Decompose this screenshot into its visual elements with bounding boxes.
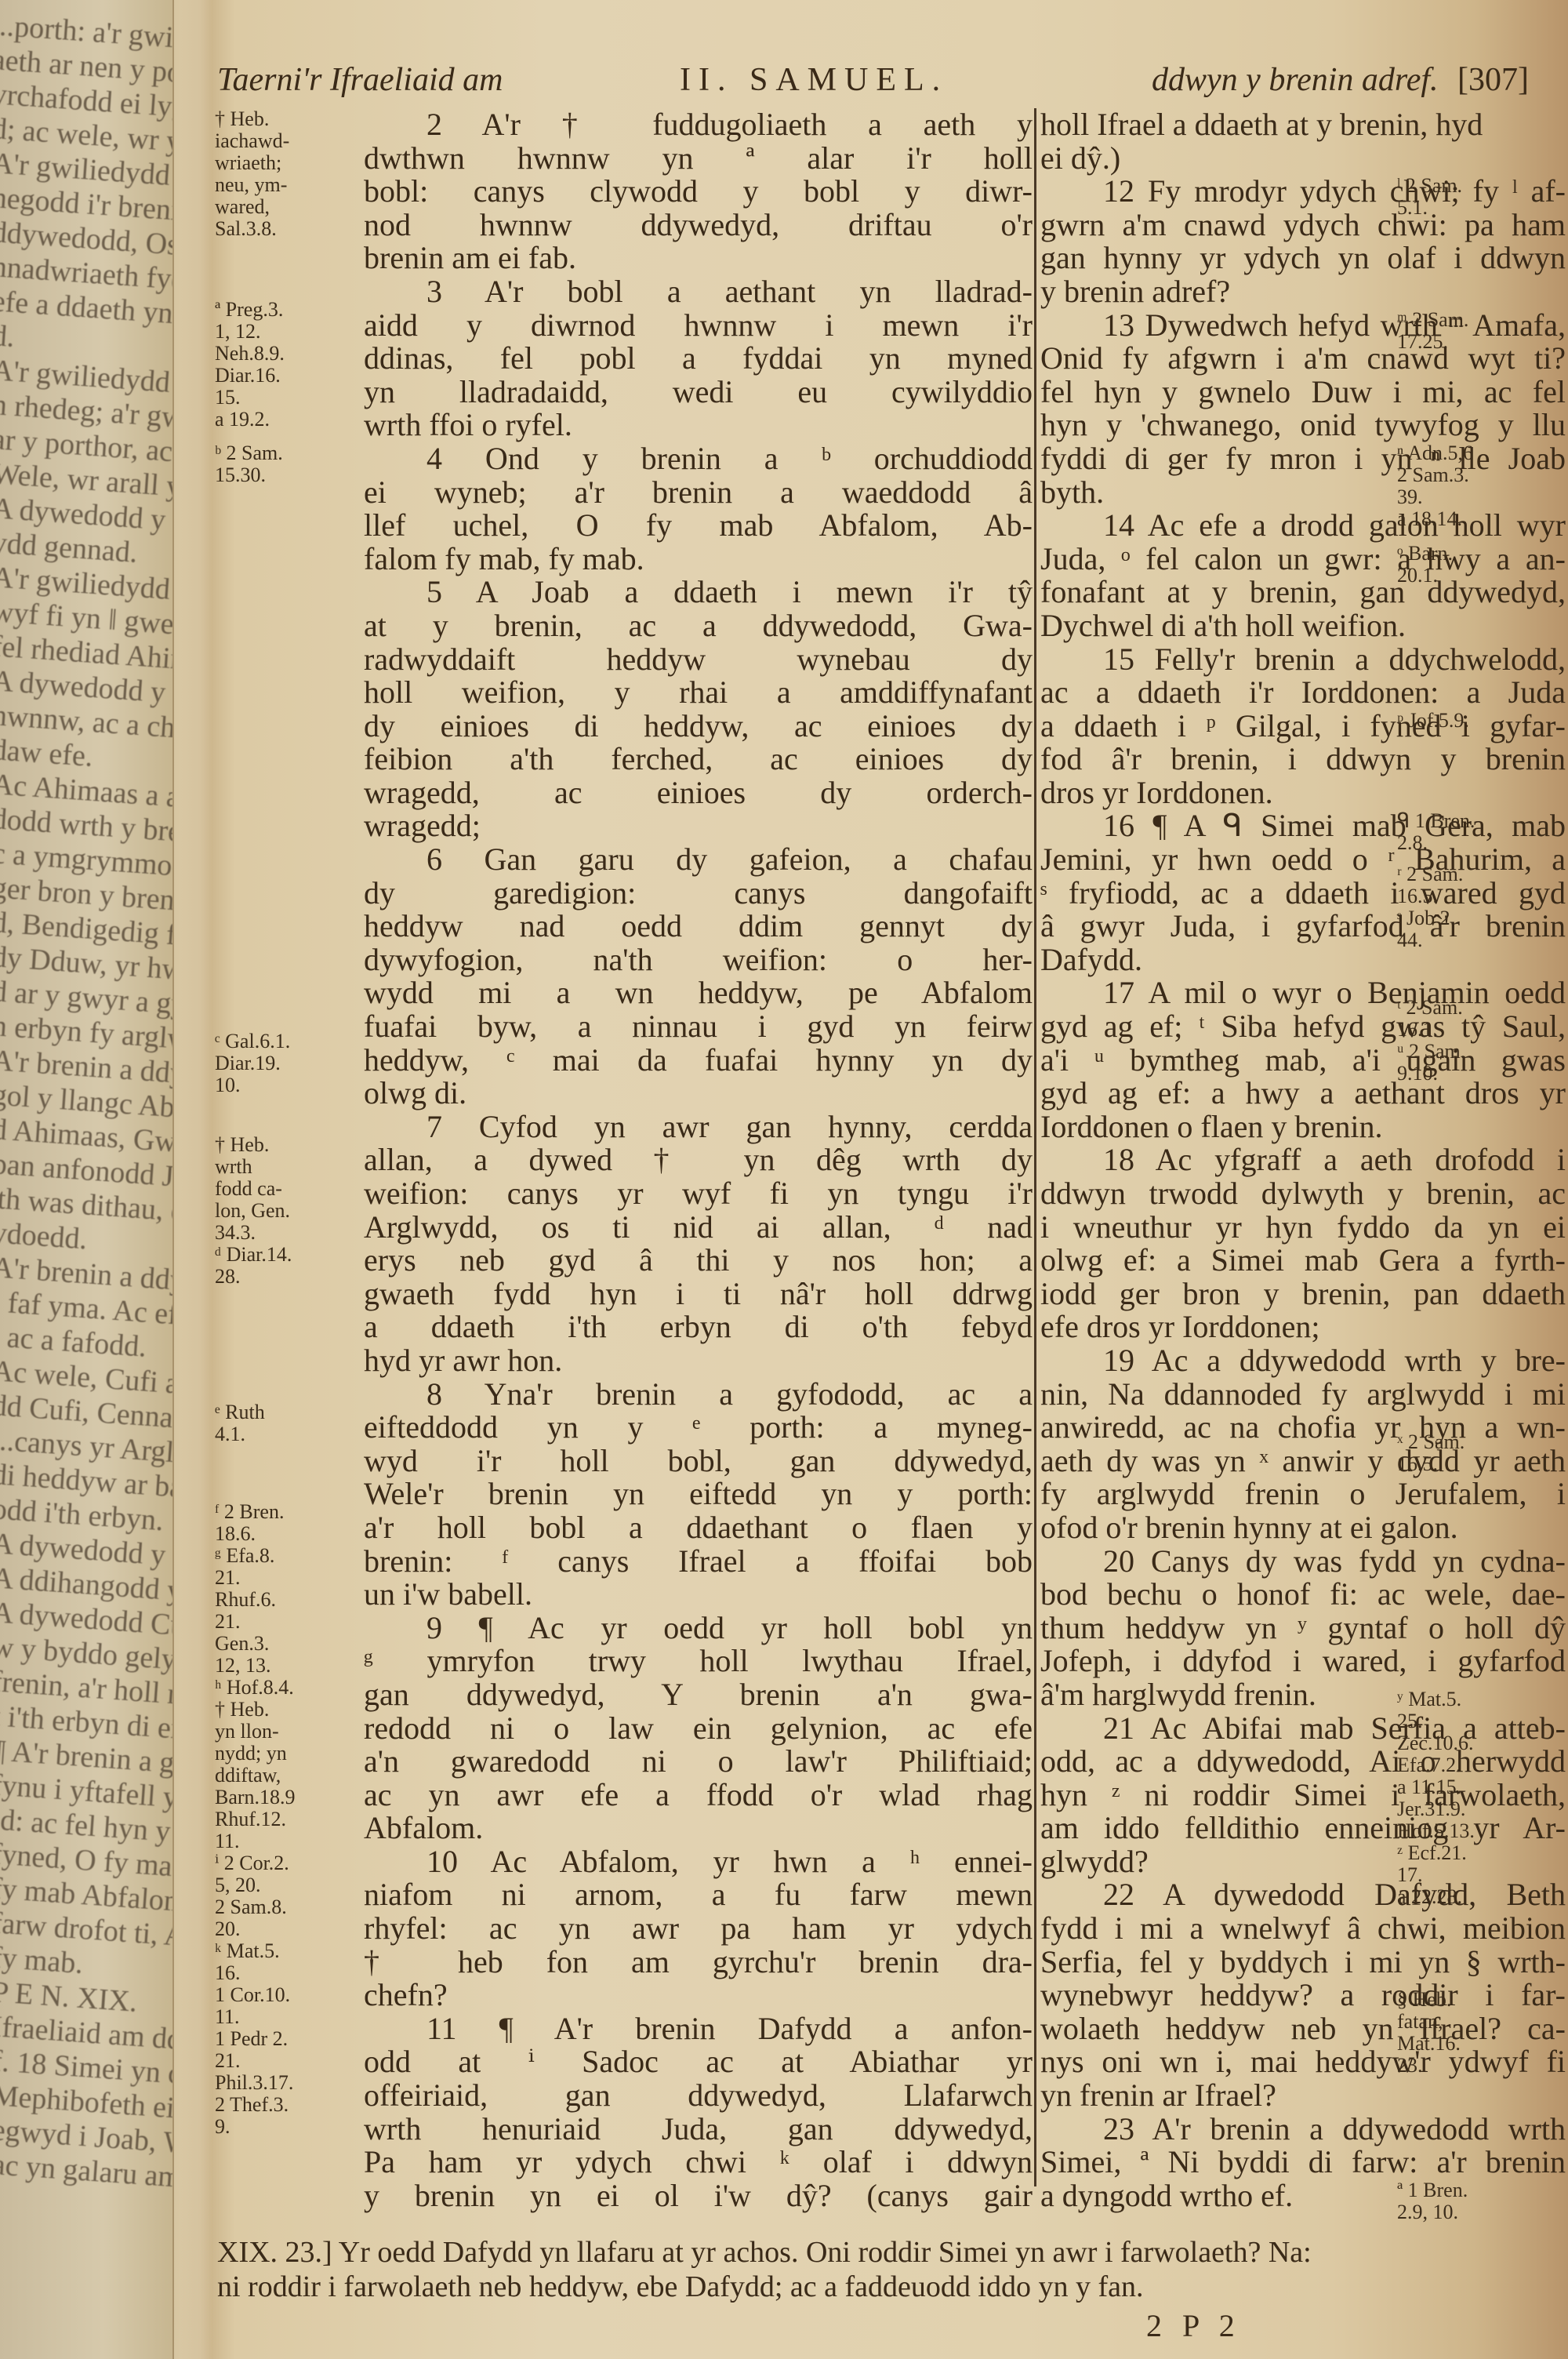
margin-note-line: 34.3. xyxy=(215,1222,292,1244)
text-line: gyd ag ef; ᵗ Siba hefyd gwas tŷ Saul, xyxy=(1040,1010,1566,1044)
text-line: falom fy mab, fy mab. xyxy=(364,543,1033,576)
text-line: wragedd, ac einioes dy orderch- xyxy=(364,776,1033,810)
margin-note-line: wrth xyxy=(215,1156,292,1178)
text-line: ei dŷ.) xyxy=(1040,142,1566,176)
text-line: odd at ⁱ Sadoc ac at Abiathar yr xyxy=(364,2045,1033,2079)
text-line: a ddaeth i'th erbyn di o'th febyd xyxy=(364,1310,1033,1344)
margin-note-line: Zec.10.6. xyxy=(1397,1732,1475,1754)
text-line: 4 Ond y brenin a ᵇ orchuddiodd xyxy=(364,442,1033,476)
text-line: am iddo felldithio enneiniog yr Ar- xyxy=(1040,1812,1566,1845)
text-line: wynebwyr heddyw? a roddir i far- xyxy=(1040,1979,1566,2012)
margin-note-line: 21. xyxy=(215,1567,296,1589)
text-line: Jofeph, i ddyfod i wared, i gyfarfod xyxy=(1040,1645,1566,1678)
margin-note-line: 21. xyxy=(215,2050,296,2072)
text-line: 17 A mil o wyr o Benjamin oedd xyxy=(1040,976,1566,1010)
text-line: 18 Ac yfgraff a aeth drofodd i xyxy=(1040,1143,1566,1177)
margin-note-line: ⁿ Adn.5,6 xyxy=(1397,442,1473,464)
text-line: gan hynny yr ydych yn olaf i ddwyn xyxy=(1040,242,1566,275)
text-line: y brenin adref? xyxy=(1040,275,1566,309)
margin-note-line: 2 Sam.3. xyxy=(1397,464,1473,486)
marginal-cross-reference: † Heb.wrthfodd ca-lon, Gen.34.3.ᵈ Diar.1… xyxy=(215,1134,292,1288)
text-line: fydd i mi a wnelwyf â chwi, meibion xyxy=(1040,1912,1566,1946)
margin-note-line: neu, ym- xyxy=(215,174,289,196)
text-line: 7 Cyfod yn awr gan hynny, cerdda xyxy=(364,1110,1033,1144)
text-line: y brenin yn ei ol i'w dŷ? (canys gair xyxy=(364,2179,1033,2213)
left-text-column: 2 A'r † fuddugoliaeth a aeth ydwthwn hwn… xyxy=(364,108,1033,2212)
margin-note-line: 16. xyxy=(215,1962,296,1984)
margin-note-line: 21. xyxy=(215,1611,296,1633)
margin-note-line: fodd ca- xyxy=(215,1178,292,1200)
margin-note-line: 1, 12. xyxy=(215,321,285,343)
margin-note-line: ʸ Mat.5. xyxy=(1397,1688,1475,1710)
text-line: Arglwydd, os ti nid ai allan, ᵈ nad xyxy=(364,1211,1033,1245)
text-line: wrth ffoi o ryfel. xyxy=(364,409,1033,442)
margin-note-line: 1 Pedr 2. xyxy=(215,2028,296,2050)
text-line: † heb fon am gyrchu'r brenin dra- xyxy=(364,1946,1033,1979)
text-line: brenin am ei fab. xyxy=(364,242,1033,275)
margin-note-line: wared, xyxy=(215,196,289,218)
facing-page-text: ...porth: a'r gwiliedyddaeth ar nen y po… xyxy=(0,8,174,2182)
text-line: Wele'r brenin yn eiftedd yn y porth: xyxy=(364,1478,1033,1511)
marginal-cross-reference: ᵖ Jof.5.9. xyxy=(1397,710,1469,732)
margin-note-line: 17. xyxy=(1397,1864,1475,1886)
margin-note-line: ˣ 2 Sam. xyxy=(1397,1431,1465,1453)
marginal-cross-reference: ᶠ 2 Bren.18.6.ᵍ Efa.8.21.Rhuf.6.21.Gen.3… xyxy=(215,1501,296,2138)
margin-note-line: 2.8. xyxy=(1397,832,1475,854)
text-line: wydd mi a wn heddyw, pe Abfalom xyxy=(364,976,1033,1010)
text-line: glwydd? xyxy=(1040,1845,1566,1879)
text-line: 13 Dywedwch hefyd wrth ᵐ Amafa, xyxy=(1040,309,1566,343)
bottom-note-line-2: ni roddir i farwolaeth neb heddyw, ebe D… xyxy=(217,2270,1550,2304)
text-line: a dyngodd wrtho ef. xyxy=(1040,2179,1566,2213)
text-line: wyd i'r holl bobl, gan ddywedyd, xyxy=(364,1445,1033,1478)
margin-note-line: Rhuf.12. xyxy=(215,1808,296,1830)
text-line: aeth dy was yn ˣ anwir y dydd yr aeth xyxy=(1040,1445,1566,1478)
running-header-right-text: ddwyn y brenin adref. xyxy=(1152,62,1439,98)
margin-note-line: 12, 13. xyxy=(215,1655,296,1677)
text-line: iodd ger bron y brenin, pan ddaeth xyxy=(1040,1278,1566,1311)
text-line: yn frenin ar Ifrael? xyxy=(1040,2079,1566,2113)
margin-note-line: ᵒ Barn. xyxy=(1397,543,1453,565)
text-line: 22 A dywedodd Dafydd, Beth xyxy=(1040,1878,1566,1912)
text-line: Serfia, fel y byddych i mi yn § wrth- xyxy=(1040,1946,1566,1979)
margin-note-line: ᵘ 2 Sam. xyxy=(1397,1041,1465,1063)
margin-note-line: Mat.16. xyxy=(1397,2033,1461,2055)
text-line: a'i ᵘ bymtheg mab, a'i ugain gwas xyxy=(1040,1044,1566,1078)
text-line: ei wyneb; a'r brenin a waeddodd â xyxy=(364,476,1033,510)
text-line: Dychwel di a'th holl weifion. xyxy=(1040,609,1566,643)
margin-note-line: 5, 20. xyxy=(215,1874,296,1896)
text-line: gwrn a'm cnawd ydych chwi: pa ham xyxy=(1040,209,1566,242)
text-line: gwaeth fydd hyn i ti nâ'r holl ddrwg xyxy=(364,1278,1033,1311)
text-line: yn lladradaidd, wedi eu cywilyddio xyxy=(364,376,1033,409)
margin-note-line: Hof.5.13. xyxy=(1397,1820,1475,1842)
margin-note-line: a 19.2. xyxy=(215,409,285,431)
marginal-cross-reference: ⁿ Adn.5,62 Sam.3.39.a 18.14. xyxy=(1397,442,1473,530)
text-line: bod bechu o honof fi: ac wele, dae- xyxy=(1040,1578,1566,1612)
text-line: dy einioes di heddyw, ac einioes dy xyxy=(364,710,1033,743)
margin-note-line: ˡ 2 Sam. xyxy=(1397,175,1462,197)
right-text-column: holl Ifrael a ddaeth at y brenin, hydei … xyxy=(1040,108,1566,2212)
margin-note-line: a 22.28. xyxy=(1397,1886,1475,1908)
margin-note-line: nydd; yn xyxy=(215,1743,296,1765)
text-line: 20 Canys dy was fydd yn cydna- xyxy=(1040,1545,1566,1579)
text-line: Simei, ª Ni byddi di farw: a'r brenin xyxy=(1040,2146,1566,2179)
margin-note-line: ª 1 Bren. xyxy=(1397,2179,1468,2201)
text-line: 14 Ac efe a drodd galon holl wyr xyxy=(1040,509,1566,543)
bottom-commentary-note: XIX. 23.] Yr oedd Dafydd yn llafaru at y… xyxy=(217,2235,1550,2304)
margin-note-line: 11. xyxy=(215,2006,296,2028)
margin-note-line: ª Preg.3. xyxy=(215,299,285,321)
marginal-cross-reference: ᑫ 1 Bren.2.8. xyxy=(1397,810,1475,854)
running-header-left: Taerni'r Ifraeliaid am xyxy=(217,61,503,99)
margin-note-line: ᵈ Diar.14. xyxy=(215,1244,292,1266)
margin-note-line: 39. xyxy=(1397,486,1473,508)
margin-note-line: a 18.14. xyxy=(1397,508,1473,530)
margin-note-line: Rhuf.6. xyxy=(215,1589,296,1611)
text-line: bobl: canys clywodd y bobl y diwr- xyxy=(364,175,1033,209)
margin-note-line: 17.25. xyxy=(1397,331,1468,353)
text-line: ofod o'r brenin hynny at ei galon. xyxy=(1040,1511,1566,1545)
text-line: ddwyn trwodd dylwyth y brenin, ac xyxy=(1040,1177,1566,1211)
margin-note-line: ᶠ 2 Bren. xyxy=(215,1501,296,1523)
running-header: Taerni'r Ifraeliaid am II. SAMUEL. ddwyn… xyxy=(217,61,1529,108)
margin-note-line: wriaeth; xyxy=(215,152,289,174)
margin-note-line: 25. xyxy=(1397,1710,1475,1732)
margin-note-line: ⁱ 2 Cor.2. xyxy=(215,1852,296,1874)
facing-page-bleed: ...porth: a'r gwiliedyddaeth ar nen y po… xyxy=(0,0,174,2359)
marginal-cross-reference: ᶜ Gal.6.1.Diar.19.10. xyxy=(215,1030,290,1096)
margin-note-line: iachawd- xyxy=(215,130,289,152)
margin-note-line: ˢ Job 2. xyxy=(1397,907,1463,929)
text-line: 16 ¶ A ᑫ Simei mab Gera, mab xyxy=(1040,809,1566,843)
text-line: fuafai byw, a ninnau i gyd yn feirw xyxy=(364,1010,1033,1044)
text-line: Abfalom. xyxy=(364,1812,1033,1845)
text-line: gyd ag ef: a hwy a aethant dros yr xyxy=(1040,1077,1566,1110)
text-line: olwg ef: a Simei mab Gera a fyrth- xyxy=(1040,1244,1566,1278)
margin-note-line: 10. xyxy=(215,1074,290,1096)
margin-note-line: 44. xyxy=(1397,929,1463,951)
text-line: nod hwnnw ddywedyd, driftau o'r xyxy=(364,209,1033,242)
text-line: thum heddyw yn ʸ gyntaf o holl dŷ xyxy=(1040,1612,1566,1645)
text-line: ac yn awr efe a ffodd o'r wlad rhag xyxy=(364,1779,1033,1812)
text-line: wolaeth heddyw neb yn Ifrael? ca- xyxy=(1040,2012,1566,2046)
text-line: 23 A'r brenin a ddywedodd wrth xyxy=(1040,2113,1566,2146)
margin-note-line: ᶜ Gal.6.1. xyxy=(215,1030,290,1052)
margin-note-line: 2.9, 10. xyxy=(1397,2201,1468,2223)
margin-note-line: 20.1. xyxy=(1397,565,1453,587)
margin-note-line: Barn.18.9 xyxy=(215,1787,296,1808)
text-line: gan ddywedyd, Y brenin a'n gwa- xyxy=(364,1678,1033,1712)
margin-note-line: Phil.3.17. xyxy=(215,2072,296,2094)
text-line: hyn y 'chwanego, onid tywyfog y llu xyxy=(1040,409,1566,442)
text-line: 5 A Joab a ddaeth i mewn i'r tŷ xyxy=(364,576,1033,609)
text-line: a ddaeth i ᵖ Gilgal, i fyned i gyfar- xyxy=(1040,710,1566,743)
text-line: 10 Ac Abfalom, yr hwn a ʰ ennei- xyxy=(364,1845,1033,1879)
margin-note-line: † Heb. xyxy=(215,1699,296,1721)
text-line: fy arglwydd frenin o Jerufalem, i xyxy=(1040,1478,1566,1511)
margin-note-line: ᵏ Mat.5. xyxy=(215,1940,296,1962)
marginal-cross-reference: ʸ Mat.5.25.Zec.10.6.Efa.7.2.a 11.15.Jer.… xyxy=(1397,1688,1475,1908)
text-line: erys neb gyd â thi y nos hon; a xyxy=(364,1244,1033,1278)
margin-note-line: ddiftaw, xyxy=(215,1765,296,1787)
margin-note-line: 9. xyxy=(215,2116,296,2138)
margin-note-line: 9.10. xyxy=(1397,1063,1465,1085)
text-line: rhyfel: ac yn awr pa ham yr ydych xyxy=(364,1912,1033,1946)
text-line: fod â'r brenin, i ddwyn y brenin xyxy=(1040,743,1566,776)
marginal-cross-reference: ʳ 2 Sam.16.5.ˢ Job 2.44. xyxy=(1397,863,1463,951)
text-line: niafom ni arnom, a fu farw mewn xyxy=(364,1878,1033,1912)
margin-note-line: 18.6. xyxy=(215,1523,296,1545)
text-line: radwyddaift heddyw wynebau dy xyxy=(364,643,1033,677)
text-line: eifteddodd yn y ᵉ porth: a myneg- xyxy=(364,1411,1033,1445)
text-line: 2 A'r † fuddugoliaeth a aeth y xyxy=(364,108,1033,142)
text-line: offeiriaid, gan ddywedyd, Llafarwch xyxy=(364,2079,1033,2113)
text-line: dwthwn hwnnw yn ª alar i'r holl xyxy=(364,142,1033,176)
text-line: 12 Fy mrodyr ydych chwi; fy ˡ af- xyxy=(1040,175,1566,209)
text-line: fyddi di ger fy mron i yn ⁿ lle Joab xyxy=(1040,442,1566,476)
margin-note-line: † Heb. xyxy=(215,1134,292,1156)
marginal-cross-reference: ˣ 2 Sam.16.5. xyxy=(1397,1431,1465,1475)
text-line: â'm harglwydd frenin. xyxy=(1040,1678,1566,1712)
running-header-book-title: II. SAMUEL. xyxy=(680,61,948,99)
marginal-cross-reference: ª Preg.3.1, 12.Neh.8.9.Diar.16.15.a 19.2… xyxy=(215,299,285,431)
text-line: 6 Gan garu dy gafeion, a chafau xyxy=(364,843,1033,877)
text-line: wrth henuriaid Juda, gan ddywedyd, xyxy=(364,2113,1033,2146)
margin-note-line: 15. xyxy=(215,387,285,409)
margin-note-line: ᵇ 2 Sam. xyxy=(215,442,283,464)
margin-note-line: Efa.7.2. xyxy=(1397,1754,1475,1776)
text-line: â gwyr Juda, i gyfarfod â'r brenin xyxy=(1040,910,1566,943)
margin-note-line: § Heb. xyxy=(1397,1989,1461,2011)
text-line: redodd ni o law ein gelynion, ac efe xyxy=(364,1712,1033,1746)
text-line: hyd yr awr hon. xyxy=(364,1344,1033,1378)
text-line: 21 Ac Abifai mab Serfia a atteb- xyxy=(1040,1712,1566,1746)
margin-note-line: lon, Gen. xyxy=(215,1200,292,1222)
margin-note-line: ᵐ 2 Sam. xyxy=(1397,309,1468,331)
text-line: a'r holl bobl a ddaethant o flaen y xyxy=(364,1511,1033,1545)
text-line: nys oni wn i, mai heddyw'r ydwyf fi xyxy=(1040,2045,1566,2079)
margin-note-line: 16.5. xyxy=(1397,885,1463,907)
margin-note-line: † Heb. xyxy=(215,108,289,130)
marginal-cross-reference: ᵇ 2 Sam.15.30. xyxy=(215,442,283,486)
margin-note-line: Jer.31.9. xyxy=(1397,1798,1475,1820)
margin-note-line: 15.30. xyxy=(215,464,283,486)
text-line: i wneuthur yr hyn fyddo da yn ei xyxy=(1040,1211,1566,1245)
margin-note-line: 16.5. xyxy=(1397,1453,1465,1475)
margin-note-line: 2 Thef.3. xyxy=(215,2094,296,2116)
margin-note-line: Neh.8.9. xyxy=(215,343,285,365)
text-line: allan, a dywed † yn dêg wrth dy xyxy=(364,1143,1033,1177)
text-line: nin, Na ddannoded fy arglwydd i mi xyxy=(1040,1378,1566,1412)
marginal-cross-reference: § Heb.fatan,Mat.16.23. xyxy=(1397,1989,1461,2077)
margin-note-line: ᵗ 2 Sam. xyxy=(1397,997,1465,1019)
margin-note-line: ᵍ Efa.8. xyxy=(215,1545,296,1567)
margin-note-line: 28. xyxy=(215,1266,292,1288)
page-number: [307] xyxy=(1457,62,1529,98)
text-line: wragedd; xyxy=(364,809,1033,843)
text-line: 15 Felly'r brenin a ddychwelodd, xyxy=(1040,643,1566,677)
text-line: fonafant at y brenin, gan ddywedyd, xyxy=(1040,576,1566,609)
margin-note-line: ᑫ 1 Bren. xyxy=(1397,810,1475,832)
margin-note-line: Diar.19. xyxy=(215,1052,290,1074)
text-line: dros yr Iorddonen. xyxy=(1040,776,1566,810)
margin-note-line: ᵖ Jof.5.9. xyxy=(1397,710,1469,732)
text-line: 3 A'r bobl a aethant yn lladrad- xyxy=(364,275,1033,309)
marginal-cross-reference: † Heb.iachawd-wriaeth;neu, ym-wared,Sal.… xyxy=(215,108,289,240)
text-line: weifion: canys yr wyf fi yn tyngu i'r xyxy=(364,1177,1033,1211)
marginal-cross-reference: ˡ 2 Sam.5.1. xyxy=(1397,175,1462,219)
text-line: Juda, ᵒ fel calon un gwr: a hwy a an- xyxy=(1040,543,1566,576)
text-line: dywyfogion, na'th weifion: o her- xyxy=(364,943,1033,977)
text-line: llef uchel, O fy mab Abfalom, Ab- xyxy=(364,509,1033,543)
marginal-cross-reference: ᵗ 2 Sam.16.1.ᵘ 2 Sam.9.10. xyxy=(1397,997,1465,1085)
text-line: dy garedigion: canys dangofaift xyxy=(364,877,1033,911)
text-line: Pa ham yr ydych chwi ᵏ olaf i ddwyn xyxy=(364,2146,1033,2179)
margin-note-line: fatan, xyxy=(1397,2011,1461,2033)
text-line: ˢ fryfiodd, ac a ddaeth i wared gyd xyxy=(1040,877,1566,911)
text-line: Dafydd. xyxy=(1040,943,1566,977)
column-divider-rule xyxy=(1034,108,1036,2186)
text-line: byth. xyxy=(1040,476,1566,510)
text-line: hyn ᶻ ni roddir Simei i farwolaeth, xyxy=(1040,1779,1566,1812)
margin-note-line: 20. xyxy=(215,1918,296,1940)
text-line: 9 ¶ Ac yr oedd yr holl bobl yn xyxy=(364,1612,1033,1645)
text-line: chefn? xyxy=(364,1979,1033,2012)
text-line: at y brenin, ac a ddywedodd, Gwa- xyxy=(364,609,1033,643)
margin-note-line: ᶻ Ecf.21. xyxy=(1397,1842,1475,1864)
margin-note-line: Gen.3. xyxy=(215,1633,296,1655)
text-line: heddyw, ᶜ mai da fuafai hynny yn dy xyxy=(364,1044,1033,1078)
text-line: brenin: ᶠ canys Ifrael a ffoifai bob xyxy=(364,1545,1033,1579)
margin-note-line: 23. xyxy=(1397,2055,1461,2077)
marginal-cross-reference: ᵒ Barn.20.1. xyxy=(1397,543,1453,587)
text-line: olwg di. xyxy=(364,1077,1033,1110)
margin-note-line: Diar.16. xyxy=(215,365,285,387)
text-line: Onid fy afgwrn i a'm cnawd wyt ti? xyxy=(1040,342,1566,376)
margin-note-line: ᵉ Ruth xyxy=(215,1401,265,1423)
margin-note-line: Sal.3.8. xyxy=(215,218,289,240)
marginal-cross-reference: ᵉ Ruth4.1. xyxy=(215,1401,265,1445)
text-line: 19 Ac a ddywedodd wrth y bre- xyxy=(1040,1344,1566,1378)
text-line: efe dros yr Iorddonen; xyxy=(1040,1310,1566,1344)
text-line: 8 Yna'r brenin a gyfododd, ac a xyxy=(364,1378,1033,1412)
text-line: holl weifion, y rhai a amddiffynafant xyxy=(364,676,1033,710)
margin-note-line: ʳ 2 Sam. xyxy=(1397,863,1463,885)
margin-note-line: ʰ Hof.8.4. xyxy=(215,1677,296,1699)
text-line: ddinas, fel pobl a fyddai yn myned xyxy=(364,342,1033,376)
text-line: a'n gwaredodd ni o law'r Philiftiaid; xyxy=(364,1745,1033,1779)
text-line: heddyw nad oedd ddim gennyt dy xyxy=(364,910,1033,943)
signature-mark: 2 P 2 xyxy=(1146,2307,1241,2344)
margin-note-line: 5.1. xyxy=(1397,197,1462,219)
margin-note-line: 11. xyxy=(215,1830,296,1852)
text-line: un i'w babell. xyxy=(364,1578,1033,1612)
text-line: 11 ¶ A'r brenin Dafydd a anfon- xyxy=(364,2012,1033,2046)
margin-note-line: 16.1. xyxy=(1397,1019,1465,1041)
margin-note-line: yn llon- xyxy=(215,1721,296,1743)
text-line: ac a ddaeth i'r Iorddonen: a Juda xyxy=(1040,676,1566,710)
text-line: Iorddonen o flaen y brenin. xyxy=(1040,1110,1566,1144)
running-header-right: ddwyn y brenin adref. [307] xyxy=(1152,61,1529,99)
text-line: feibion a'th ferched, ac einioes dy xyxy=(364,743,1033,776)
margin-note-line: 2 Sam.8. xyxy=(215,1896,296,1918)
margin-note-line: a 11.15. xyxy=(1397,1776,1475,1798)
text-line: fel hyn y gwnelo Duw i mi, ac fel xyxy=(1040,376,1566,409)
bottom-note-line-1: XIX. 23.] Yr oedd Dafydd yn llafaru at y… xyxy=(217,2235,1550,2270)
text-line: anwiredd, ac na chofia yr hyn a wn- xyxy=(1040,1411,1566,1445)
book-page: Taerni'r Ifraeliaid am II. SAMUEL. ddwyn… xyxy=(174,0,1568,2359)
text-line: aidd y diwrnod hwnnw i mewn i'r xyxy=(364,309,1033,343)
marginal-cross-reference: ª 1 Bren.2.9, 10. xyxy=(1397,2179,1468,2223)
text-line: Jemini, yr hwn oedd o ʳ Bahurim, a xyxy=(1040,843,1566,877)
text-line: odd, ac a ddywedodd, Ai o herwydd xyxy=(1040,1745,1566,1779)
marginal-cross-reference: ᵐ 2 Sam.17.25. xyxy=(1397,309,1468,353)
text-line: holl Ifrael a ddaeth at y brenin, hyd xyxy=(1040,108,1566,142)
text-line: ᵍ ymryfon trwy holl lwythau Ifrael, xyxy=(364,1645,1033,1678)
margin-note-line: 4.1. xyxy=(215,1423,265,1445)
margin-note-line: 1 Cor.10. xyxy=(215,1984,296,2006)
